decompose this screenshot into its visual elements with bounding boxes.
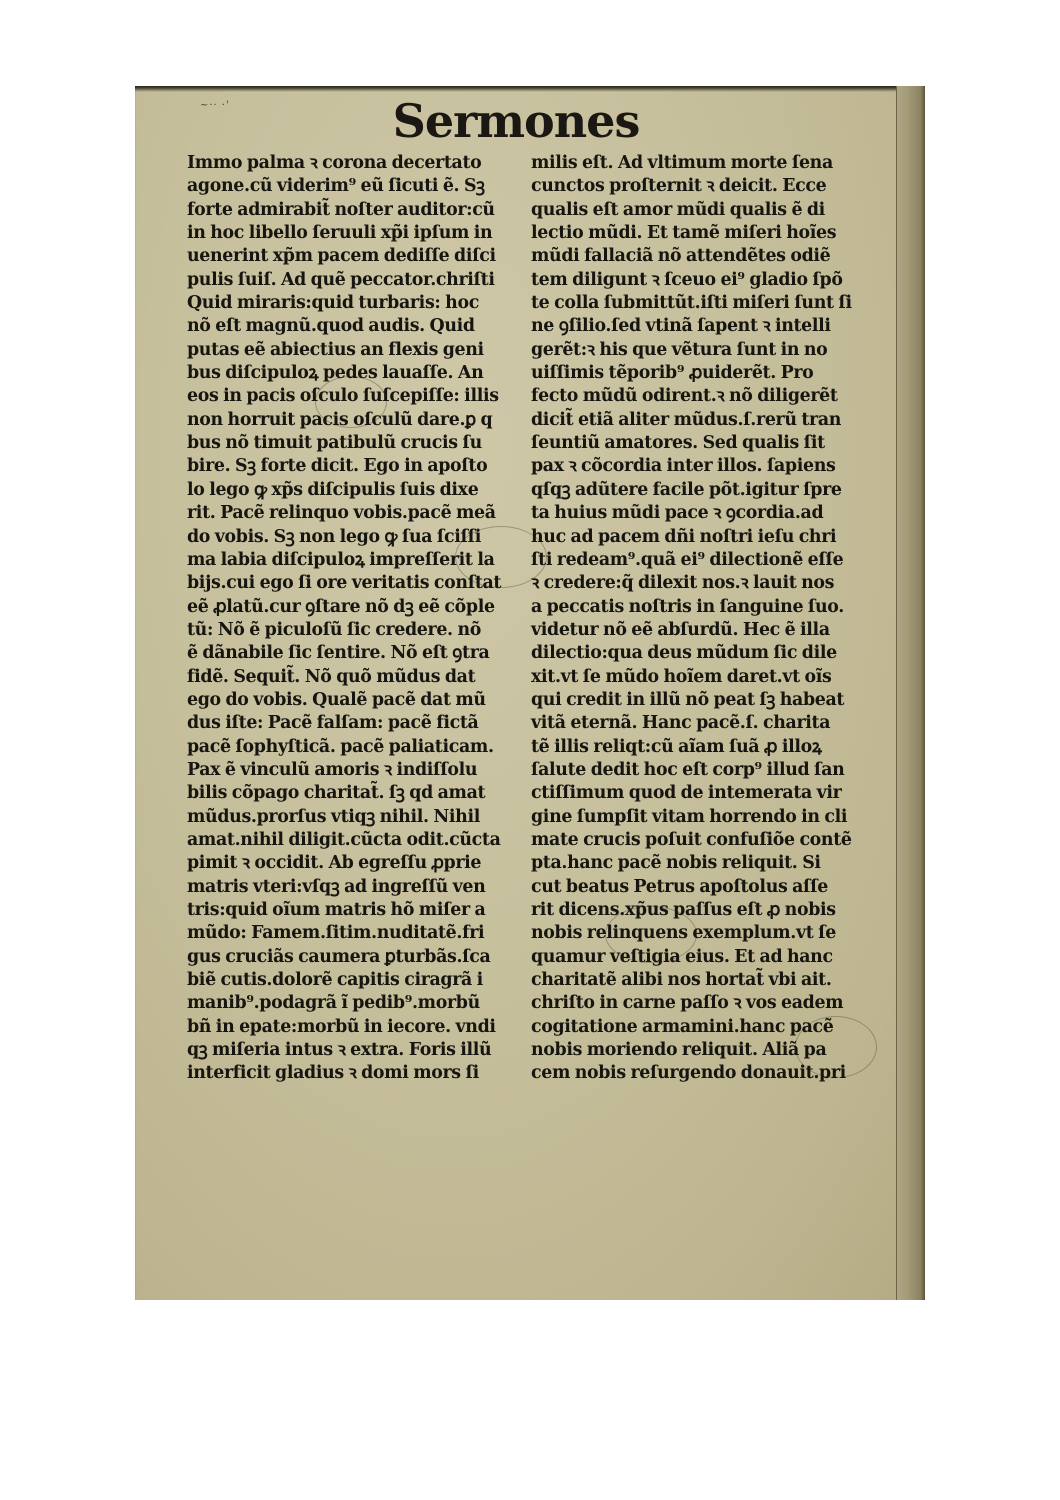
text-line: xit.vt ſe mũdo hoĩem daret.vt oĩs (531, 666, 871, 689)
text-line: gus cruciãs caumera ꝑturbãs.ſca (187, 946, 527, 969)
text-line: cogitatione armamini.hanc pacẽ (531, 1016, 871, 1039)
text-line: biẽ cutis.dolorẽ capitis ciragrã i (187, 969, 527, 992)
text-line: charitatẽ alibi nos hortat̃ vbi ait. (531, 969, 871, 992)
text-line: interficit gladius ꝛ domi mors ſi (187, 1062, 527, 1085)
text-line: gerẽt:ꝛ his que vẽtura ſunt in no (531, 339, 871, 362)
text-line: pta.hanc pacẽ nobis reliquit. Si (531, 852, 871, 875)
text-line: nobis moriendo reliquit. Aliã pa (531, 1039, 871, 1062)
text-line: mũdo: Famem.ſitim.nuditatẽ.fri (187, 922, 527, 945)
text-line: ſti redeam⁹.quã ei⁹ dilectionẽ eſſe (531, 549, 871, 572)
text-line: ẽ dãnabile ſic ſentire. Nõ eſt ꝯtra (187, 642, 527, 665)
page-fore-edge (896, 86, 925, 1300)
text-line: nobis relinquens exemplum.vt ſe (531, 922, 871, 945)
text-line: qꝫ miſeria intus ꝛ extra. Foris illũ (187, 1039, 527, 1062)
text-line: forte admirabit̃ noſter auditor:cũ (187, 199, 527, 222)
text-line: bñ in epate:morbũ in iecore. vndi (187, 1016, 527, 1039)
text-line: milis eſt. Ad vltimum morte ſena (531, 152, 871, 175)
text-line: dus iſte: Pacẽ falſam: pacẽ fictã (187, 712, 527, 735)
text-line: pulis ſuiſ. Ad quẽ peccator.chriſti (187, 269, 527, 292)
text-column-left: Immo palma ꝛ corona decertatoagone.cũ vi… (187, 152, 527, 1086)
text-line: nõ eſt magnũ.quod audis. Quid (187, 315, 527, 338)
text-line: vitã eternã. Hanc pacẽ.ſ. charita (531, 712, 871, 735)
text-line: qualis eſt amor mũdi qualis ẽ di (531, 199, 871, 222)
text-line: rit. Pacẽ relinquo vobis.pacẽ meã (187, 502, 527, 525)
text-line: uenerint xp̃m pacem dediſſe diſci (187, 245, 527, 268)
text-line: non horruit pacis oſculũ dare.ꝑ q (187, 409, 527, 432)
text-line: tũ: Nõ ẽ piculoſũ ſic credere. nõ (187, 619, 527, 642)
text-line: cunctos proſternit ꝛ deicit. Ecce (531, 175, 871, 198)
text-line: ſalute dedit hoc eſt corp⁹ illud ſan (531, 759, 871, 782)
text-line: eos in pacis oſculo ſuſcepiſſe: illis (187, 385, 527, 408)
text-line: qſqꝫ adũtere facile põt.igitur ſpre (531, 479, 871, 502)
text-line: bilis cõpago charitat̃. ſꝫ qd amat (187, 782, 527, 805)
text-line: ctiſſimum quod de intemerata vir (531, 782, 871, 805)
text-line: gine ſumpſit vitam horrendo in cli (531, 806, 871, 829)
text-line: pimit ꝛ occidit. Ab egreſſu ꝓprie (187, 852, 527, 875)
text-line: matris vteri:vſqꝫ ad ingreſſũ ven (187, 876, 527, 899)
text-line: Immo palma ꝛ corona decertato (187, 152, 527, 175)
text-line: pax ꝛ cõcordia inter illos. ſapiens (531, 455, 871, 478)
text-line: pacẽ ſophyſticã. pacẽ paliaticam. (187, 736, 527, 759)
text-line: fecto mũdũ odirent.ꝛ nõ diligerẽt (531, 385, 871, 408)
text-line: manib⁹.podagrã ĩ pedib⁹.morbũ (187, 992, 527, 1015)
text-line: agone.cũ viderim⁹ eũ ſicuti ẽ. Sꝫ (187, 175, 527, 198)
text-line: do vobis. Sꝫ non lego ꝙ ſua ſciſſi (187, 526, 527, 549)
text-line: tris:quid oĩum matris hõ miſer a (187, 899, 527, 922)
text-line: amat.nihil diligit.cũcta odit.cũcta (187, 829, 527, 852)
text-line: bus diſcipuloꝝ pedes lauaſſe. An (187, 362, 527, 385)
text-column-right: milis eſt. Ad vltimum morte ſenacunctos … (531, 152, 871, 1086)
text-line: ꝛ credere:q̃ dilexit nos.ꝛ lauit nos (531, 572, 871, 595)
text-line: lo lego ꝙ xp̃s diſcipulis ſuis dixe (187, 479, 527, 502)
text-line: putas eẽ abiectius an flexis geni (187, 339, 527, 362)
text-line: qui credit in illũ nõ peat ſꝫ habeat (531, 689, 871, 712)
page-top-shadow (135, 86, 925, 92)
text-line: mũdi fallaciã nõ attendẽtes odiẽ (531, 245, 871, 268)
text-line: bire. Sꝫ forte dicit. Ego in apoſto (187, 455, 527, 478)
text-line: lectio mũdi. Et tamẽ miſeri hoĩes (531, 222, 871, 245)
text-line: dilectio:qua deus mũdum ſic dile (531, 642, 871, 665)
text-line: ego do vobis. Qualẽ pacẽ dat mũ (187, 689, 527, 712)
running-head: Sermones (135, 94, 897, 148)
text-line: ta huius mũdi pace ꝛ ꝯcordia.ad (531, 502, 871, 525)
text-line: mũdus.prorſus vtiqꝫ nihil. Nihil (187, 806, 527, 829)
text-line: quamur veſtigia eius. Et ad hanc (531, 946, 871, 969)
manuscript-page: ~·· ·' Sermones Immo palma ꝛ corona dece… (135, 86, 925, 1300)
text-line: tem diligunt ꝛ ſceuo ei⁹ gladio ſpõ (531, 269, 871, 292)
text-line: rit dicens.xp̃us paſſus eſt ꝓ nobis (531, 899, 871, 922)
text-line: cut beatus Petrus apoſtolus aſſe (531, 876, 871, 899)
text-line: Pax ẽ vinculũ amoris ꝛ indiſſolu (187, 759, 527, 782)
text-line: cem nobis reſurgendo donauit.pri (531, 1062, 871, 1085)
text-line: huc ad pacem dñi noſtri ieſu chri (531, 526, 871, 549)
text-line: a peccatis noſtris in ſanguine ſuo. (531, 596, 871, 619)
text-line: te colla ſubmittũt.iſti miſeri ſunt ſi (531, 292, 871, 315)
text-line: eẽ ꝓlatũ.cur ꝯſtare nõ dꝫ eẽ cõple (187, 596, 527, 619)
text-line: tẽ illis reliqt:cũ aĩam ſuã ꝓ illoꝝ (531, 736, 871, 759)
text-line: ne ꝯſilio.ſed vtinã ſapent ꝛ intelli (531, 315, 871, 338)
text-line: chriſto in carne paſſo ꝛ vos eadem (531, 992, 871, 1015)
text-line: ma labia diſcipuloꝝ impreſſerit la (187, 549, 527, 572)
text-line: ſeuntiũ amatores. Sed qualis ſit (531, 432, 871, 455)
text-line: fidẽ. Sequit̃. Nõ quõ mũdus dat (187, 666, 527, 689)
text-line: mate crucis poſuit confuſiõe contẽ (531, 829, 871, 852)
text-line: dicit̃ etiã aliter mũdus.ſ.rerũ tran (531, 409, 871, 432)
text-line: Quid miraris:quid turbaris: hoc (187, 292, 527, 315)
text-line: bus nõ timuit patibulũ crucis ſu (187, 432, 527, 455)
text-line: videtur nõ eẽ abſurdũ. Hec ẽ illa (531, 619, 871, 642)
text-line: uiſſimis tẽporib⁹ ꝓuiderẽt. Pro (531, 362, 871, 385)
text-line: in hoc libello ſeruuli xp̃i ipſum in (187, 222, 527, 245)
text-line: bijs.cui ego ſi ore veritatis conſtat (187, 572, 527, 595)
